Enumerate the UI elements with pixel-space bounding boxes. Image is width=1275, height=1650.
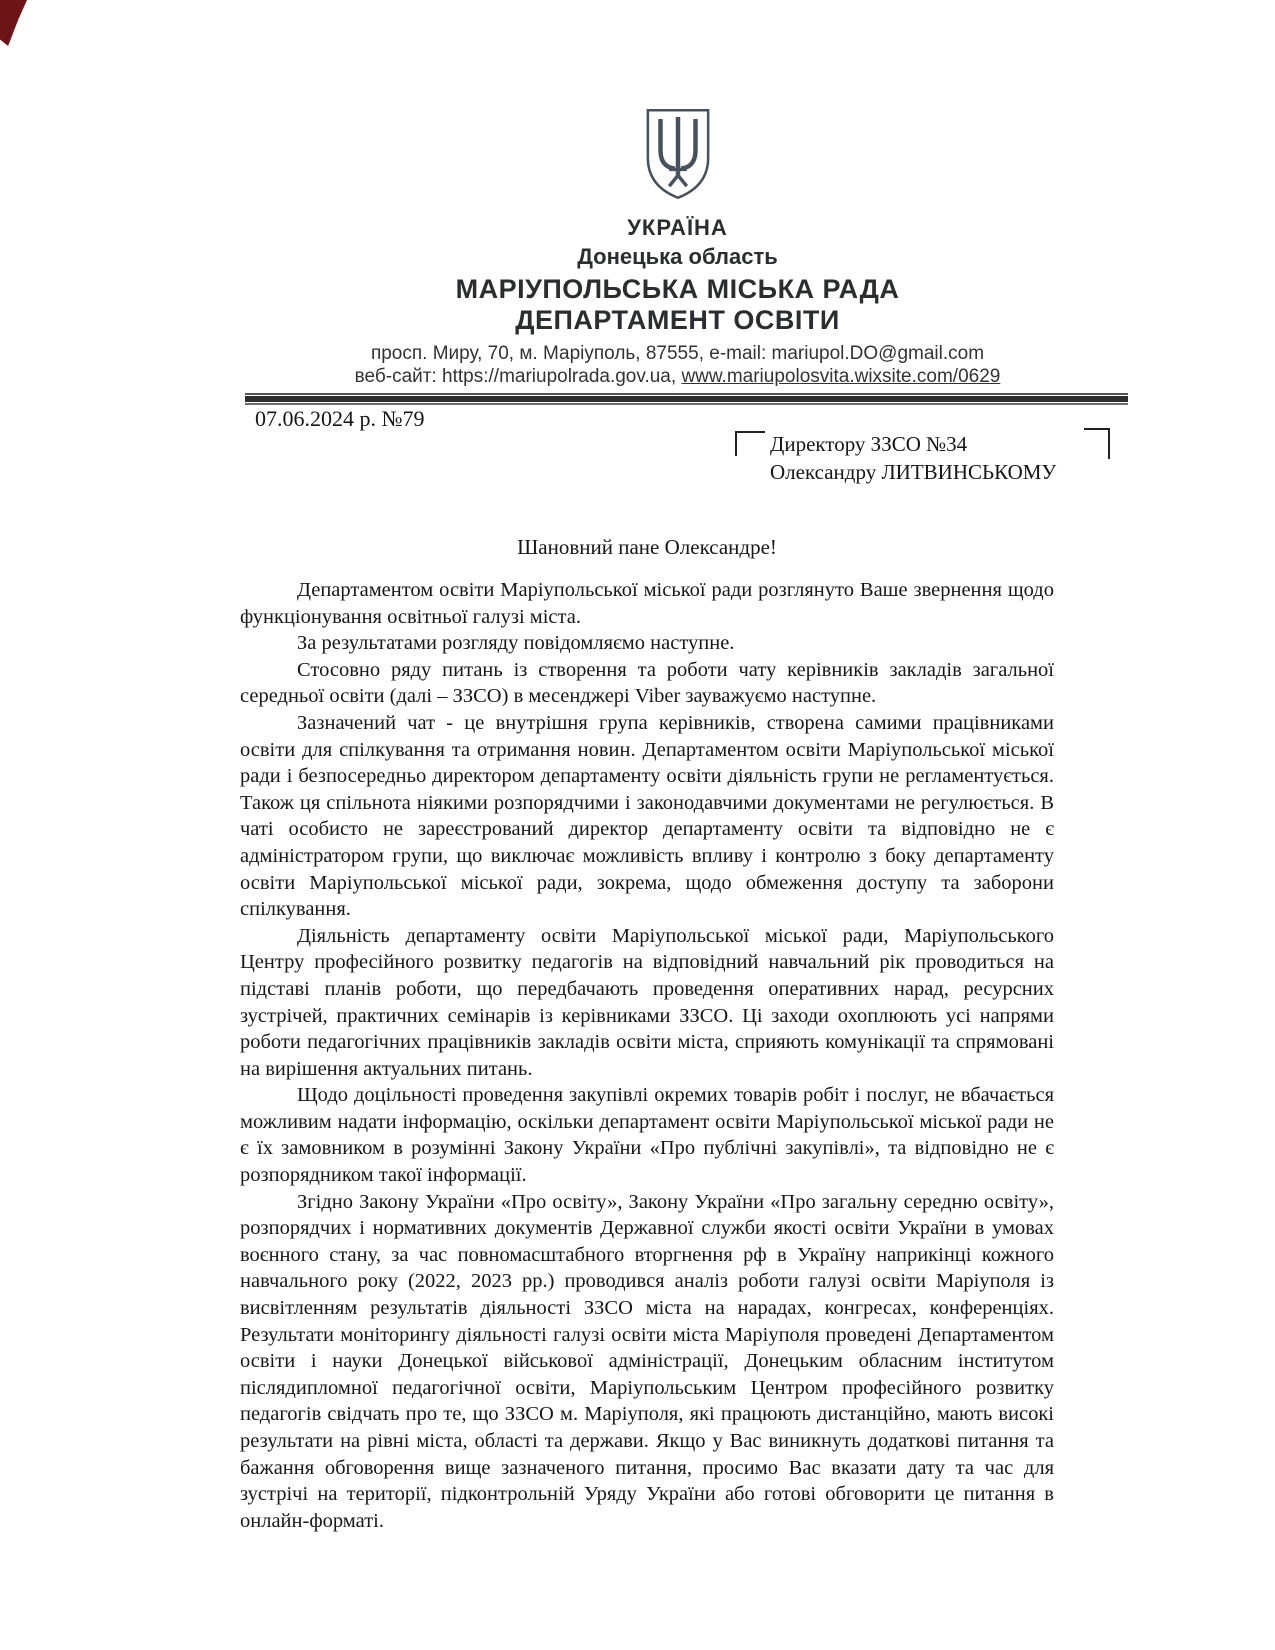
region-name: Донецька область xyxy=(240,244,1115,270)
scan-corner-artifact xyxy=(0,0,27,46)
department-name: ДЕПАРТАМЕНТ ОСВІТИ xyxy=(240,305,1115,336)
letterhead-divider xyxy=(245,393,1128,405)
website-line: веб-сайт: https://mariupolrada.gov.ua, w… xyxy=(240,366,1115,388)
body-paragraph: Щодо доцільності проведення закупівлі ок… xyxy=(240,1082,1054,1188)
salutation: Шановний пане Олександре! xyxy=(240,535,1054,560)
body-paragraph: Діяльність департаменту освіти Маріуполь… xyxy=(240,923,1054,1083)
postal-address-line: просп. Миру, 70, м. Маріуполь, 87555, e-… xyxy=(240,343,1115,365)
date-and-reference-number: 07.06.2024 р. №79 xyxy=(255,406,425,432)
website-url: www.mariupolosvita.wixsite.com/0629 xyxy=(681,366,1000,387)
ukraine-trident-emblem xyxy=(643,106,713,207)
organization-name: МАРІУПОЛЬСЬКА МІСЬКА РАДА xyxy=(240,274,1115,305)
website-prefix: веб-сайт: https://mariupolrada.gov.ua, xyxy=(355,366,682,387)
recipient-name: Олександру ЛИТВИНСЬКОМУ xyxy=(770,458,1056,486)
letterhead: УКРАЇНА Донецька область МАРІУПОЛЬСЬКА М… xyxy=(240,106,1115,388)
country-name: УКРАЇНА xyxy=(240,215,1115,241)
recipient-title: Директору ЗЗСО №34 xyxy=(770,430,1056,458)
body-paragraph: За результатами розгляду повідомляємо на… xyxy=(240,630,1054,657)
address-corner-mark-right xyxy=(1084,428,1110,459)
recipient-block: Директору ЗЗСО №34 Олександру ЛИТВИНСЬКО… xyxy=(770,430,1056,486)
body-paragraph: Зазначений чат - це внутрішня група кері… xyxy=(240,710,1054,923)
address-corner-mark-left xyxy=(735,431,765,456)
scanned-letter-page: УКРАЇНА Донецька область МАРІУПОЛЬСЬКА М… xyxy=(0,0,1275,1650)
body-paragraph: Департаментом освіти Маріупольської місь… xyxy=(240,577,1054,630)
body-paragraph: Стосовно ряду питань із створення та роб… xyxy=(240,657,1054,710)
letter-body: Департаментом освіти Маріупольської місь… xyxy=(240,577,1054,1534)
body-paragraph: Згідно Закону України «Про освіту», Зако… xyxy=(240,1189,1054,1535)
